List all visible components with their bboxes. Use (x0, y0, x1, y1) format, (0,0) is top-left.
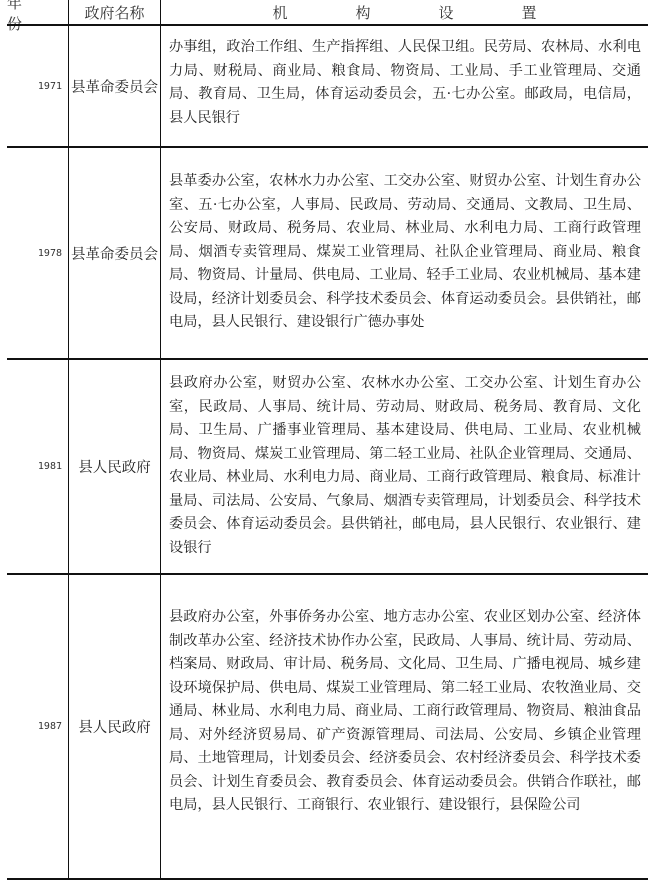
header-org-char-4: 置 (522, 2, 537, 23)
table-row-1971: 1971 县革命委员会 办事组，政治工作组、生产指挥组、人民保卫组。民劳局、农林… (7, 26, 648, 146)
header-government-name: 政府名称 (69, 0, 160, 25)
header-year: 年 份 (7, 0, 68, 25)
header-org-char-1: 机 (272, 2, 287, 23)
header-org-char-3: 设 (439, 2, 454, 23)
year-cell: 1987 (7, 575, 68, 878)
table-row-1981: 1981 县人民政府 县政府办公室，财贸办公室、农林水办公室、工交办公室、计划生… (7, 360, 648, 573)
organizations-cell: 县政府办公室，财贸办公室、农林水办公室、工交办公室、计划生育办公室，民政局、人事… (169, 372, 641, 560)
year-cell: 1978 (7, 148, 68, 358)
organizations-cell: 县革委办公室，农林水力办公室、工交办公室、财贸办公室、计划生育办公室、五·七办公… (169, 170, 641, 335)
header-org-char-2: 构 (355, 2, 370, 23)
government-name-cell: 县革命委员会 (69, 148, 160, 358)
header-organization-setup: 机 构 设 置 (161, 0, 648, 25)
organizations-cell: 县政府办公室，外事侨务办公室、地方志办公室、农业区划办公室、经济体制改革办公室、… (169, 606, 641, 818)
table-row-1987: 1987 县人民政府 县政府办公室，外事侨务办公室、地方志办公室、农业区划办公室… (7, 575, 648, 878)
year-cell: 1981 (7, 360, 68, 573)
year-cell: 1971 (7, 26, 68, 146)
bottom-rule (7, 878, 648, 880)
government-name-cell: 县人民政府 (69, 575, 160, 878)
government-name-cell: 县革命委员会 (69, 26, 160, 146)
government-name-cell: 县人民政府 (69, 360, 160, 573)
organizations-cell: 办事组，政治工作组、生产指挥组、人民保卫组。民劳局、农林局、水利电力局、财税局、… (169, 36, 641, 130)
table-row-1978: 1978 县革命委员会 县革委办公室，农林水力办公室、工交办公室、财贸办公室、计… (7, 148, 648, 358)
